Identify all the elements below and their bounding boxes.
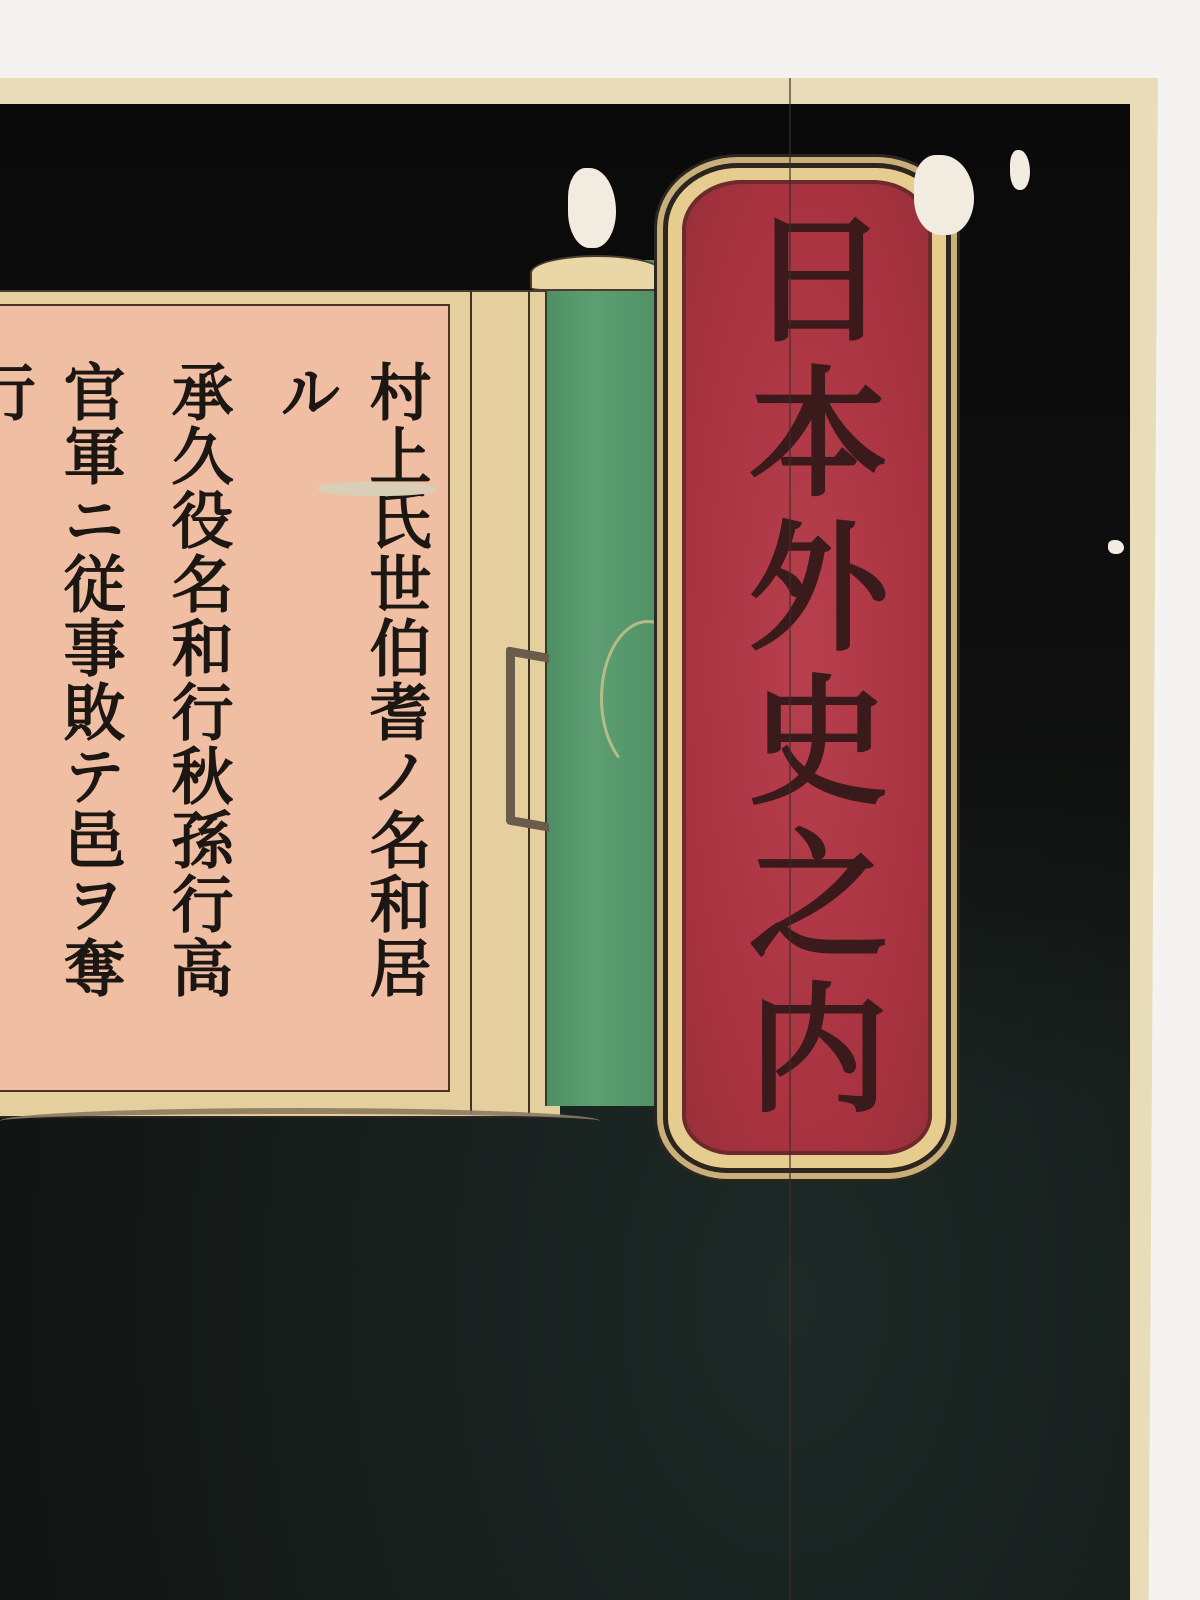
scroll-text: 村上氏世伯耆ノ名和居ル 承久役名和行秋孫行高 官軍ニ従事敗テ邑ヲ奪行 高四子長高… — [10, 360, 440, 1060]
paper-damage-spot — [1108, 540, 1124, 554]
paper-stain — [318, 482, 438, 496]
book-strap — [506, 646, 549, 832]
paper-damage-spot — [1010, 150, 1030, 190]
ribbon-cord — [0, 1108, 600, 1134]
text-column: 承久役名和行秋孫行高 — [152, 360, 242, 1060]
text-column: 村上氏世伯耆ノ名和居ル — [260, 360, 440, 1060]
center-fold-line — [789, 78, 791, 1600]
cartouche-title: 日本外史之内 — [727, 206, 887, 1130]
text-column: 官軍ニ従事敗テ邑ヲ奪行 — [0, 360, 134, 1060]
scroll-edge-line — [470, 290, 472, 1114]
title-cartouche: 日本外史之内 — [682, 180, 932, 1155]
spine-roll-top — [530, 255, 664, 291]
